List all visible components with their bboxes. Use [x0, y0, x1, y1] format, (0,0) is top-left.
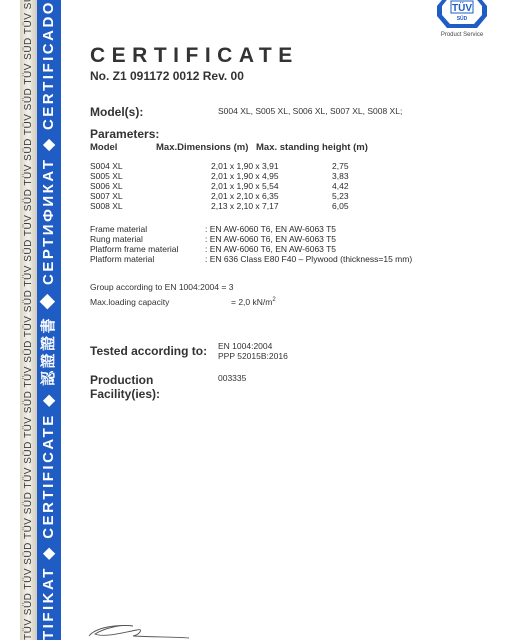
table-row: S005 XL 2,01 x 1,90 x 4,95 3,83: [90, 171, 420, 181]
tested-standard: PPP 52015B:2016: [218, 351, 288, 361]
material-value: : EN AW-6060 T6, EN AW-6063 T5: [205, 244, 336, 254]
svg-text:TÜV: TÜV: [452, 1, 472, 14]
col-header-dimensions: Max.Dimensions (m): [156, 142, 248, 153]
material-row: Platform frame material : EN AW-6060 T6,…: [90, 244, 420, 254]
tuv-logo-icon: TÜV SÜD: [437, 0, 487, 28]
certificate-number: No. Z1 091172 0012 Rev. 00: [90, 69, 244, 83]
tested-label: Tested according to:: [90, 344, 207, 358]
material-label: Rung material: [90, 234, 143, 244]
cell-dimensions: 2,01 x 2,10 x 6,35: [211, 191, 279, 201]
material-row: Frame material : EN AW-6060 T6, EN AW-60…: [90, 224, 420, 234]
cell-height: 4,42: [332, 181, 349, 191]
material-value: : EN AW-6060 T6, EN AW-6063 T5: [205, 234, 336, 244]
table-row: S007 XL 2,01 x 2,10 x 6,35 5,23: [90, 191, 420, 201]
hologram-stripe: TÜV SÜD TÜV SÜD TÜV SÜD TÜV SÜD TÜV SÜD …: [20, 0, 37, 640]
col-header-height: Max. standing height (m): [256, 142, 368, 153]
cell-height: 5,23: [332, 191, 349, 201]
material-value: : EN AW-6060 T6, EN AW-6063 T5: [205, 224, 336, 234]
parameters-label: Parameters:: [90, 127, 159, 141]
table-row: S006 XL 2,01 x 1,90 x 5,54 4,42: [90, 181, 420, 191]
cell-model: S007 XL: [90, 191, 123, 201]
material-row: Rung material : EN AW-6060 T6, EN AW-606…: [90, 234, 420, 244]
group-text: Group according to EN 1004:2004 = 3: [90, 282, 233, 292]
cell-model: S005 XL: [90, 171, 123, 181]
certificate-band-text: TIFIKAT ◆ CERTIFICATE ◆ 認證證書 ◆ СЕРТИФИКА…: [37, 0, 61, 640]
table-row: S004 XL 2,01 x 1,90 x 3,91 2,75: [90, 161, 420, 171]
cell-model: S004 XL: [90, 161, 123, 171]
production-label: Production: [90, 373, 153, 387]
cell-dimensions: 2,01 x 1,90 x 5,54: [211, 181, 279, 191]
material-label: Platform frame material: [90, 244, 178, 254]
signature-icon: [85, 618, 195, 640]
tested-standard: EN 1004:2004: [218, 341, 272, 351]
cell-height: 2,75: [332, 161, 349, 171]
cell-dimensions: 2,13 x 2,10 x 7,17: [211, 201, 279, 211]
svg-text:SÜD: SÜD: [457, 15, 468, 22]
cell-height: 6,05: [332, 201, 349, 211]
col-header-model: Model: [90, 142, 117, 153]
logo-caption: Product Service: [437, 32, 487, 38]
cell-model: S006 XL: [90, 181, 123, 191]
material-value: : EN 636 Class E80 F40 – Plywood (thickn…: [205, 254, 412, 264]
material-label: Platform material: [90, 254, 154, 264]
production-label-2: Facility(ies):: [90, 387, 160, 401]
cell-dimensions: 2,01 x 1,90 x 4,95: [211, 171, 279, 181]
production-value: 003335: [218, 373, 246, 383]
certificate-title: CERTIFICATE: [90, 44, 299, 68]
cell-model: S008 XL: [90, 201, 123, 211]
cell-dimensions: 2,01 x 1,90 x 3,91: [211, 161, 279, 171]
models-label: Model(s):: [90, 105, 143, 119]
material-label: Frame material: [90, 224, 147, 234]
certificate-band: TIFIKAT ◆ CERTIFICATE ◆ 認證證書 ◆ СЕРТИФИКА…: [37, 0, 61, 640]
material-row: Platform material : EN 636 Class E80 F40…: [90, 254, 420, 264]
loading-value: = 2,0 kN/m2: [231, 297, 276, 307]
loading-label: Max.loading capacity: [90, 297, 169, 307]
models-value: S004 XL, S005 XL, S006 XL, S007 XL, S008…: [218, 106, 402, 116]
hologram-text: TÜV SÜD TÜV SÜD TÜV SÜD TÜV SÜD TÜV SÜD …: [20, 0, 37, 640]
table-row: S008 XL 2,13 x 2,10 x 7,17 6,05: [90, 201, 420, 211]
cell-height: 3,83: [332, 171, 349, 181]
